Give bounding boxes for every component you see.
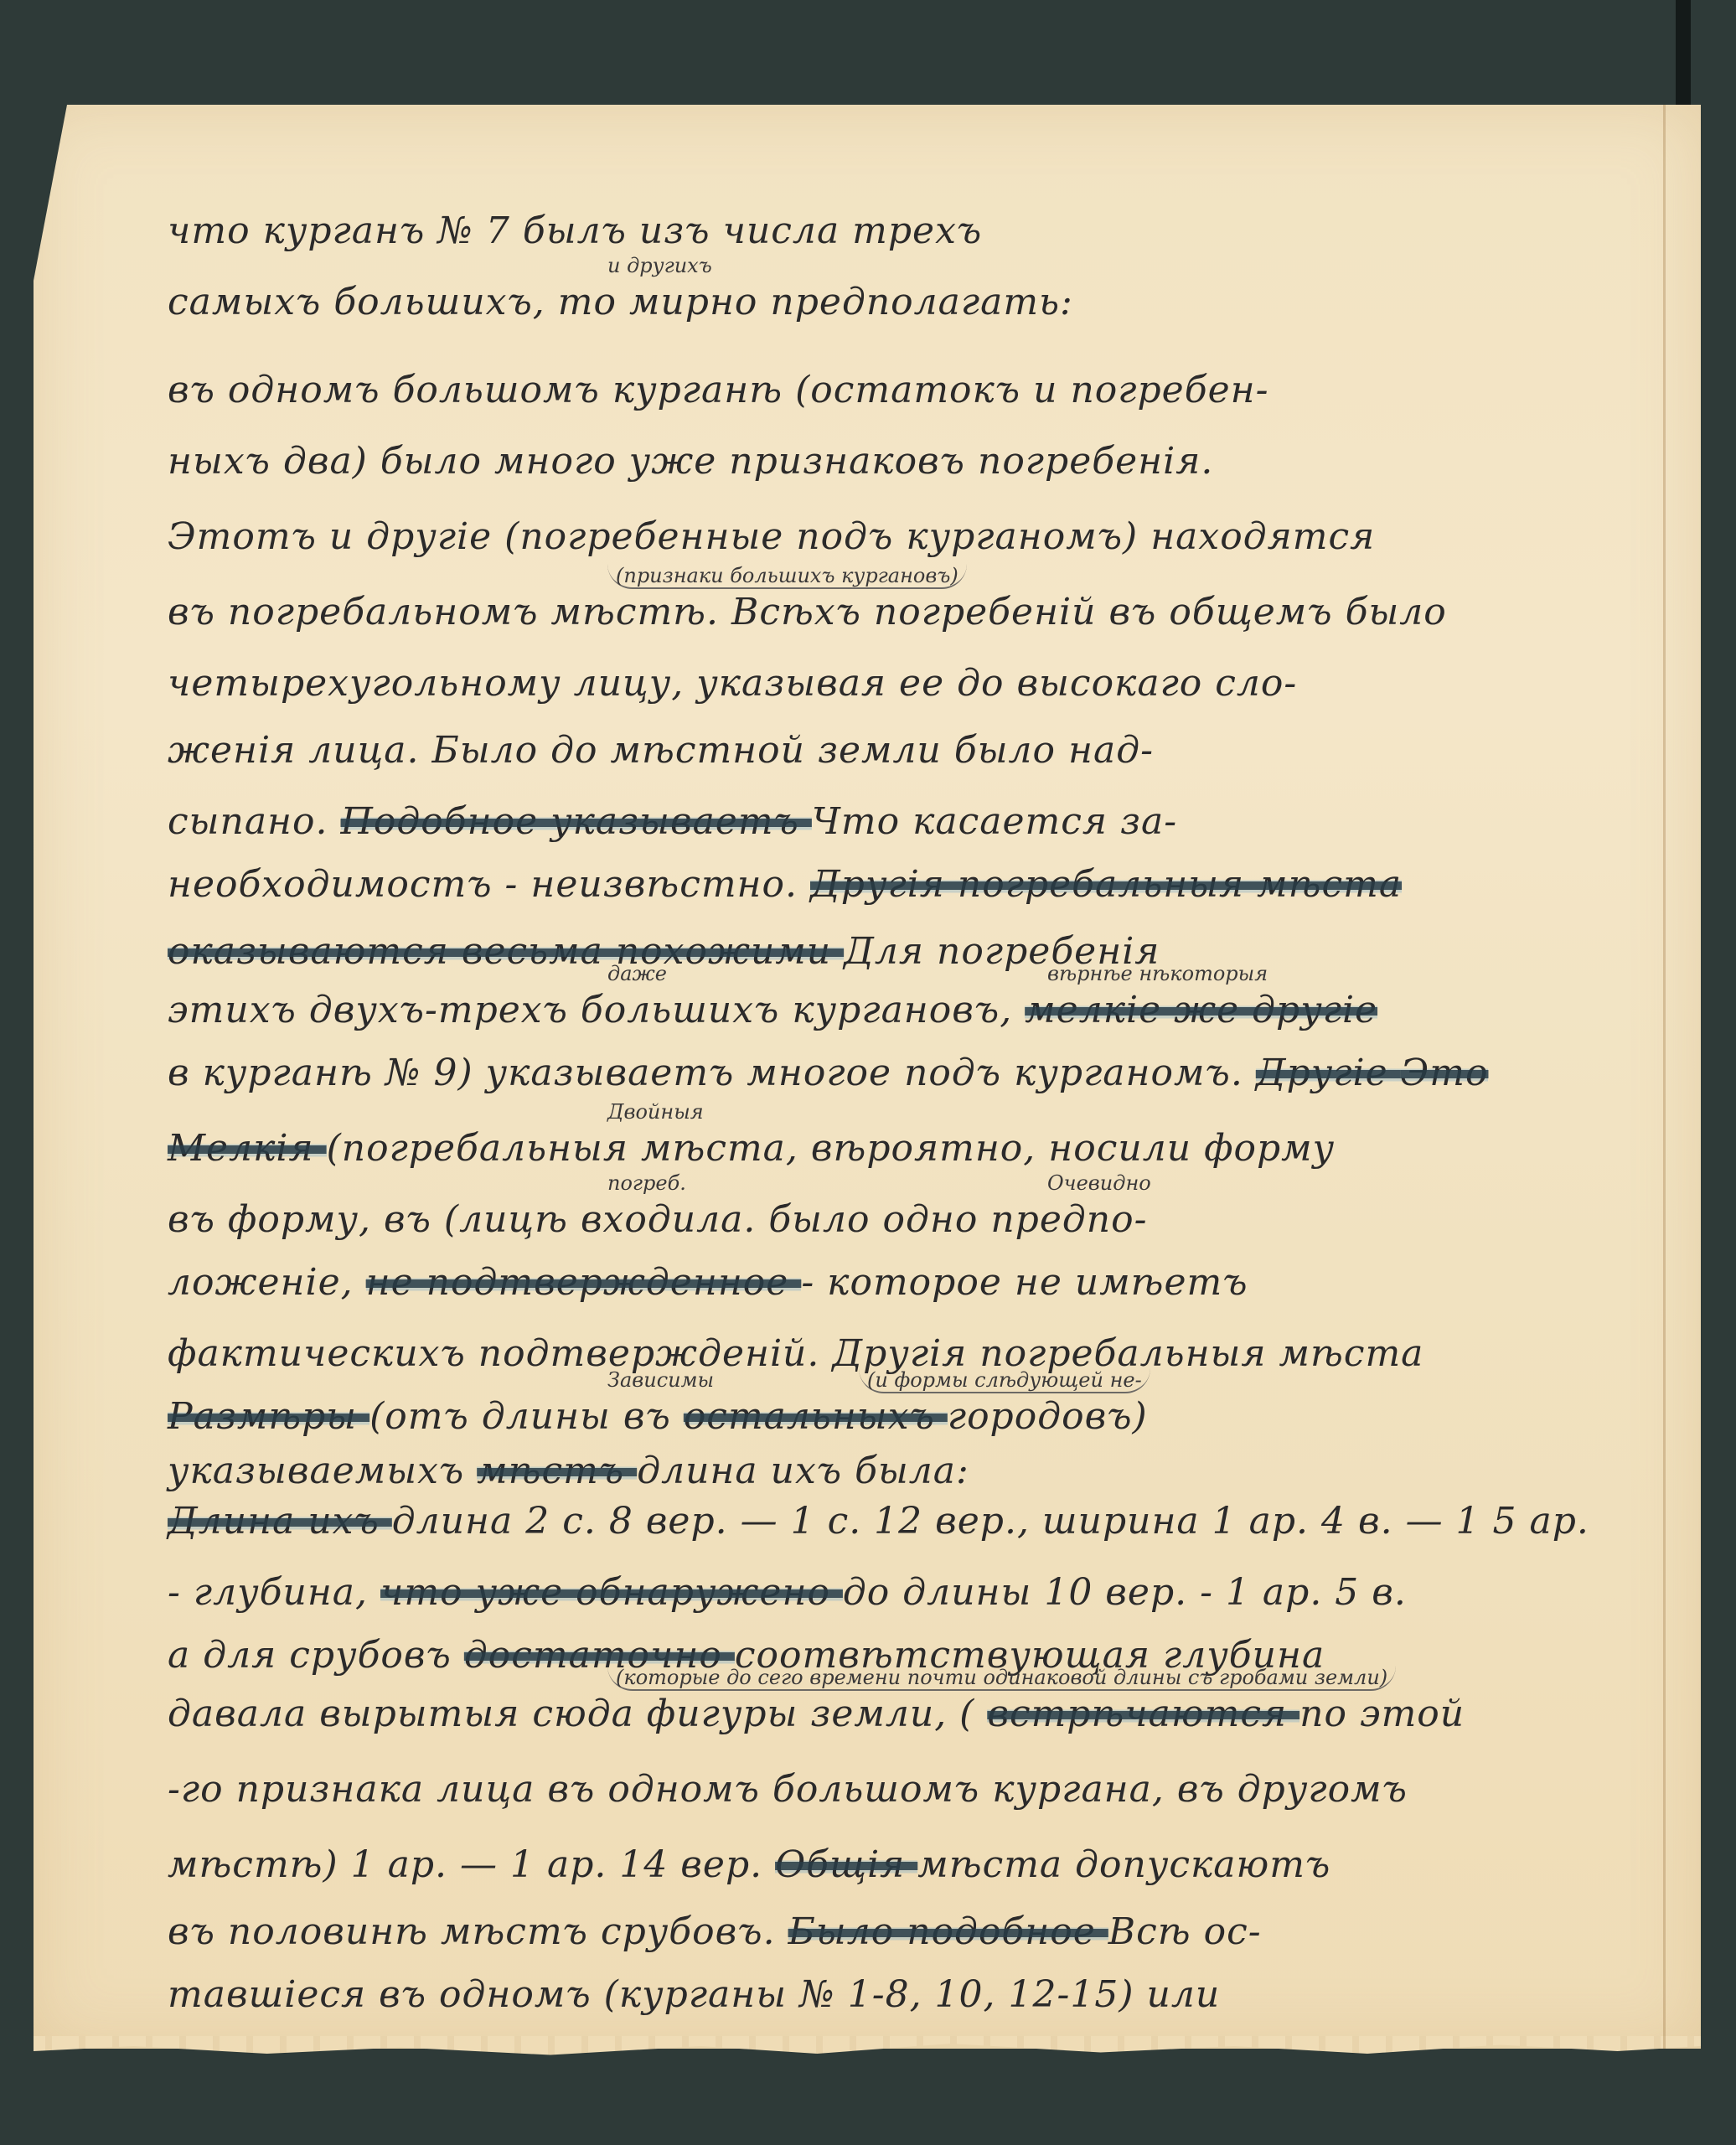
struck-text: встрѣчаются (987, 1693, 1299, 1735)
struck-text: Мелкія (168, 1127, 327, 1170)
manuscript-line: четырехугольному лицу, указывая ее до вы… (168, 662, 1659, 705)
manuscript-line: сыпано. Подобное указываетъ Что касается… (168, 800, 1659, 843)
struck-text: Общія (775, 1843, 917, 1886)
manuscript-line: Размѣры (отъ длины въ остальныхъ городов… (168, 1395, 1659, 1438)
interlinear-insertion: Очевидно (1047, 1171, 1151, 1195)
line-text: давала вырытыя сюда фигуры земли, ( (168, 1693, 987, 1735)
line-text: ложеніе, (168, 1261, 366, 1304)
line-text: -го признака лица въ одномъ большомъ кур… (168, 1768, 1408, 1811)
struck-text: Размѣры (168, 1395, 369, 1438)
interlinear-insertion: Двойныя (607, 1100, 704, 1124)
interlinear-insertion: погреб. (607, 1171, 686, 1195)
line-text: мѣста допускаютъ (917, 1843, 1330, 1886)
line-text: фактическихъ подтвержденій. Другія погре… (168, 1332, 1423, 1375)
line-text: - глубина, (168, 1571, 380, 1614)
line-text: ныхъ два) было много уже признаковъ погр… (168, 440, 1213, 483)
interlinear-insertion: и другихъ (607, 254, 712, 277)
struck-text: Другіе (1256, 1052, 1401, 1094)
line-text: до длины 10 вер. - 1 ар. 5 в. (843, 1571, 1407, 1614)
line-text: Этотъ и другіе (погребенные подъ кургано… (168, 515, 1375, 558)
line-text: было одно предпо- (768, 1198, 1147, 1241)
binder-clip (1676, 0, 1691, 113)
manuscript-line: въ половинѣ мѣстъ срубовъ. Было подобное… (168, 1910, 1659, 1953)
manuscript-line: самыхъ большихъ, то мирно предполагать: (168, 281, 1659, 323)
interlinear-insertion: вѣрнѣе нѣкоторыя (1047, 962, 1268, 985)
manuscript-line: давала вырытыя сюда фигуры земли, ( встр… (168, 1693, 1659, 1735)
page-fold-line (1663, 105, 1666, 2049)
torn-bottom-edge (34, 2036, 1701, 2061)
line-text: самыхъ большихъ, то мирно предполагать: (168, 281, 1073, 323)
line-text: четырехугольному лицу, указывая ее до вы… (168, 662, 1297, 705)
manuscript-line: ныхъ два) было много уже признаковъ погр… (168, 440, 1659, 483)
line-text: въ форму, въ (лицѣ входила. (168, 1198, 768, 1241)
manuscript-line: -го признака лица въ одномъ большомъ кур… (168, 1768, 1659, 1811)
line-text: Всѣ ос- (1108, 1910, 1262, 1953)
line-text: (отъ длины въ (369, 1395, 684, 1438)
struck-text: Длина ихъ (168, 1500, 392, 1543)
struck-text: мѣстъ (477, 1450, 637, 1492)
interlinear-insertion: (которые до сего времени почти одинаково… (607, 1666, 1396, 1691)
line-text: в курганѣ № 9) указываетъ многое подъ ку… (168, 1052, 1256, 1094)
interlinear-insertion: (признаки большихъ кургановъ) (607, 564, 967, 589)
line-text: тавшіеся въ одномъ (курганы № 1-8, 10, 1… (168, 1973, 1220, 2016)
line-text: въ половинѣ мѣстъ срубовъ. (168, 1910, 788, 1953)
struck-text: Это (1401, 1052, 1489, 1094)
manuscript-line: что курганъ № 7 былъ изъ числа трехъ (168, 209, 1659, 252)
manuscript-line: Этотъ и другіе (погребенные подъ кургано… (168, 515, 1659, 558)
manuscript-line: въ погребальномъ мѣстѣ. Всѣхъ погребеній… (168, 591, 1659, 633)
struck-text: Другія погребальныя мѣста (810, 863, 1402, 906)
line-text: - которое не имѣетъ (801, 1261, 1248, 1304)
line-text: въ одномъ большомъ курганѣ (остатокъ и п… (168, 369, 1268, 411)
manuscript-line: тавшіеся въ одномъ (курганы № 1-8, 10, 1… (168, 1973, 1659, 2016)
manuscript-line: Мелкія (погребальныя мѣста, вѣроятно, но… (168, 1127, 1659, 1170)
struck-text: остальныхъ (684, 1395, 948, 1438)
interlinear-insertion: даже (607, 962, 667, 985)
line-text: женія лица. Было до мѣстной земли было н… (168, 729, 1154, 772)
manuscript-line: в курганѣ № 9) указываетъ многое подъ ку… (168, 1052, 1659, 1094)
struck-text: не подтвержденное (366, 1261, 802, 1304)
struck-text: Было подобное (788, 1910, 1108, 1953)
line-text: городовъ) (948, 1395, 1148, 1438)
line-text: указываемыхъ (168, 1450, 477, 1492)
interlinear-insertion: (и формы слѣдующей не- (859, 1368, 1150, 1393)
line-text: а для срубовъ (168, 1634, 464, 1677)
manuscript-line: мѣстѣ) 1 ар. — 1 ар. 14 вер. Общія мѣста… (168, 1843, 1659, 1886)
manuscript-line: указываемыхъ мѣстъ длина ихъ была: (168, 1450, 1659, 1492)
manuscript-line: въ одномъ большомъ курганѣ (остатокъ и п… (168, 369, 1659, 411)
line-text: въ погребальномъ мѣстѣ. Всѣхъ погребеній… (168, 591, 1447, 633)
line-text: сыпано. (168, 800, 341, 843)
line-text: Что касается за- (812, 800, 1177, 843)
manuscript-line: - глубина, что уже обнаружено до длины 1… (168, 1571, 1659, 1614)
struck-text: оказываются весьма похожими (168, 930, 844, 973)
manuscript-line: женія лица. Было до мѣстной земли было н… (168, 729, 1659, 772)
line-text: необходимостъ - неизвѣстно. (168, 863, 810, 906)
line-text: этихъ двухъ-трехъ большихъ кургановъ, (168, 989, 1025, 1031)
struck-text: мелкіе же другіе (1025, 989, 1377, 1031)
interlinear-insertion: Зависимы (607, 1368, 714, 1392)
manuscript-line: этихъ двухъ-трехъ большихъ кургановъ, ме… (168, 989, 1659, 1031)
manuscript-line: Длина ихъ длина 2 с. 8 вер. — 1 с. 12 ве… (168, 1500, 1659, 1543)
line-text: длина 2 с. 8 вер. — 1 с. 12 вер., ширина… (392, 1500, 1589, 1543)
manuscript-line: ложеніе, не подтвержденное - которое не … (168, 1261, 1659, 1304)
manuscript-line: оказываются весьма похожими Для погребен… (168, 930, 1659, 973)
line-text: мѣстѣ) 1 ар. — 1 ар. 14 вер. (168, 1843, 775, 1886)
manuscript-line: необходимостъ - неизвѣстно. Другія погре… (168, 863, 1659, 906)
line-text: что курганъ № 7 былъ изъ числа трехъ (168, 209, 982, 252)
line-text: длина ихъ была: (637, 1450, 969, 1492)
struck-text: Подобное указываетъ (341, 800, 812, 843)
struck-text: что уже обнаружено (380, 1571, 843, 1614)
manuscript-line: въ форму, въ (лицѣ входила. было одно пр… (168, 1198, 1659, 1241)
line-text: по этой (1299, 1693, 1465, 1735)
line-text: (погребальныя мѣста, вѣроятно, носили фо… (327, 1127, 1336, 1170)
